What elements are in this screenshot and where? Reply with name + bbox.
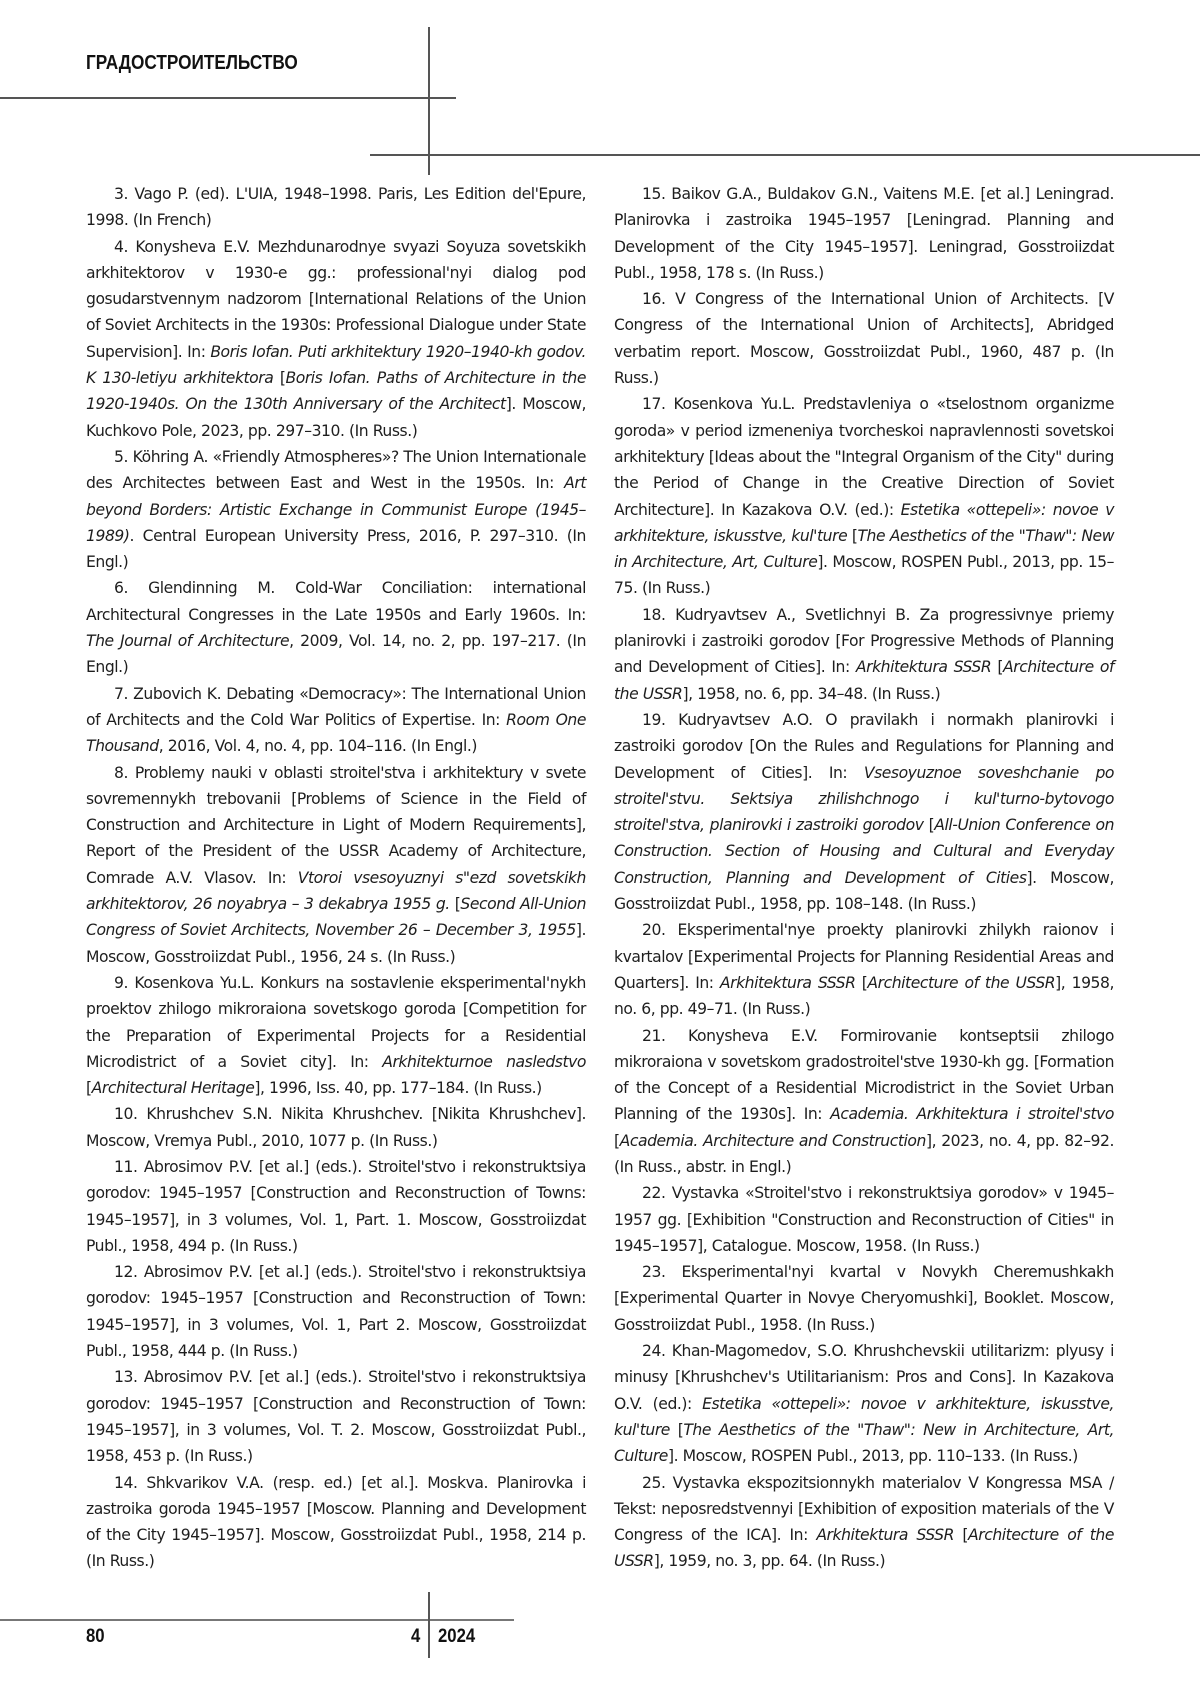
reference-text: 11. Abrosimov P.V. [et al.] (eds.). Stro… <box>86 1158 586 1255</box>
reference-text: 14. Shkvarikov V.A. (resp. ed.) [et al.]… <box>86 1474 586 1571</box>
reference-item-13: 13. Abrosimov P.V. [et al.] (eds.). Stro… <box>86 1364 586 1469</box>
reference-text: [ <box>924 816 935 834</box>
reference-item-6: 6. Glendinning M. Cold-War Conciliation:… <box>86 575 586 680</box>
reference-item-5: 5. Köhring A. «Friendly Atmospheres»? Th… <box>86 444 586 575</box>
reference-item-25: 25. Vystavka ekspozitsionnykh materialov… <box>614 1470 1114 1575</box>
reference-item-21: 21. Konysheva E.V. Formirovanie kontsept… <box>614 1023 1114 1181</box>
reference-text: ]. Moscow, ROSPEN Publ., 2013, pp. 110–1… <box>668 1447 1078 1465</box>
reference-text: 13. Abrosimov P.V. [et al.] (eds.). Stro… <box>86 1368 586 1465</box>
reference-item-22: 22. Vystavka «Stroitel'stvo i rekonstruk… <box>614 1180 1114 1259</box>
reference-text: ], 1959, no. 3, pp. 64. (In Russ.) <box>654 1552 886 1570</box>
page-number: 80 <box>86 1626 105 1648</box>
reference-text: 5. Köhring A. «Friendly Atmospheres»? Th… <box>86 448 586 492</box>
reference-text: [ <box>273 369 285 387</box>
reference-item-24: 24. Khan-Magomedov, S.O. Khrushchevskii … <box>614 1338 1114 1469</box>
header-rule-vertical <box>428 27 430 175</box>
reference-text: ], 1996, Iss. 40, pp. 177–184. (In Russ.… <box>254 1079 541 1097</box>
reference-text: 12. Abrosimov P.V. [et al.] (eds.). Stro… <box>86 1263 586 1360</box>
reference-item-12: 12. Abrosimov P.V. [et al.] (eds.). Stro… <box>86 1259 586 1364</box>
reference-item-11: 11. Abrosimov P.V. [et al.] (eds.). Stro… <box>86 1154 586 1259</box>
reference-item-10: 10. Khrushchev S.N. Nikita Khrushchev. [… <box>86 1101 586 1154</box>
reference-text: [ <box>450 895 461 913</box>
reference-text: 6. Glendinning M. Cold-War Conciliation:… <box>86 579 586 623</box>
reference-item-4: 4. Konysheva E.V. Mezhdunarodnye svyazi … <box>86 234 586 444</box>
reference-item-3: 3. Vago P. (ed). L'UIA, 1948–1998. Paris… <box>86 181 586 234</box>
reference-item-20: 20. Eksperimental'nye proekty planirovki… <box>614 917 1114 1022</box>
reference-text: 23. Eksperimental'nyi kvartal v Novykh C… <box>614 1263 1114 1334</box>
footer-rule <box>0 1619 514 1621</box>
reference-title-italic: Arkhitektura SSSR <box>816 1526 954 1544</box>
reference-title-italic: Architectural Heritage <box>92 1079 255 1097</box>
reference-title-italic: Arkhitekturnoe nasledstvo <box>382 1053 586 1071</box>
reference-item-19: 19. Kudryavtsev A.O. O pravilakh i norma… <box>614 707 1114 917</box>
reference-item-23: 23. Eksperimental'nyi kvartal v Novykh C… <box>614 1259 1114 1338</box>
issue-number: 4 <box>411 1626 420 1648</box>
reference-item-8: 8. Problemy nauki v oblasti stroitel'stv… <box>86 760 586 970</box>
reference-text: [ <box>847 527 857 545</box>
reference-title-italic: Arkhitektura SSSR <box>720 974 856 992</box>
reference-text: 22. Vystavka «Stroitel'stvo i rekonstruk… <box>614 1184 1114 1255</box>
reference-text: [ <box>855 974 867 992</box>
reference-title-italic: The Journal of Architecture <box>86 632 289 650</box>
section-title: ГРАДОСТРОИТЕЛЬСТВО <box>86 52 298 75</box>
footer-rule-vertical <box>428 1592 430 1658</box>
reference-text: , 2016, Vol. 4, no. 4, pp. 104–116. (In … <box>159 737 477 755</box>
reference-text: 16. V Congress of the International Unio… <box>614 290 1114 387</box>
references-column-right: 15. Baikov G.A., Buldakov G.N., Vaitens … <box>614 181 1114 1575</box>
reference-title-italic: Arkhitektura SSSR <box>856 658 991 676</box>
reference-item-15: 15. Baikov G.A., Buldakov G.N., Vaitens … <box>614 181 1114 286</box>
header-rule-top <box>0 97 456 99</box>
header-rule-bottom <box>370 154 1200 156</box>
reference-item-14: 14. Shkvarikov V.A. (resp. ed.) [et al.]… <box>86 1470 586 1575</box>
reference-item-18: 18. Kudryavtsev A., Svetlichnyi B. Za pr… <box>614 602 1114 707</box>
reference-title-italic: Academia. Arkhitektura i stroitel'stvo <box>830 1105 1114 1123</box>
reference-text: 10. Khrushchev S.N. Nikita Khrushchev. [… <box>86 1105 586 1149</box>
reference-item-17: 17. Kosenkova Yu.L. Predstavleniya o «ts… <box>614 391 1114 601</box>
issue-year: 2024 <box>438 1626 475 1648</box>
reference-item-9: 9. Kosenkova Yu.L. Konkurs na sostavleni… <box>86 970 586 1101</box>
reference-text: ], 1958, no. 6, pp. 34–48. (In Russ.) <box>682 685 940 703</box>
reference-item-16: 16. V Congress of the International Unio… <box>614 286 1114 391</box>
reference-text: [ <box>991 658 1003 676</box>
reference-text: . Central European University Press, 201… <box>86 527 586 571</box>
reference-title-italic: Academia. Architecture and Construction <box>620 1132 926 1150</box>
reference-text: [ <box>954 1526 968 1544</box>
reference-text: 15. Baikov G.A., Buldakov G.N., Vaitens … <box>614 185 1114 282</box>
reference-title-italic: Architecture of the USSR <box>867 974 1055 992</box>
reference-item-7: 7. Zubovich K. Debating «Democracy»: The… <box>86 681 586 760</box>
references-column-left: 3. Vago P. (ed). L'UIA, 1948–1998. Paris… <box>86 181 586 1575</box>
reference-text: 3. Vago P. (ed). L'UIA, 1948–1998. Paris… <box>86 185 586 229</box>
reference-text: [ <box>670 1421 683 1439</box>
